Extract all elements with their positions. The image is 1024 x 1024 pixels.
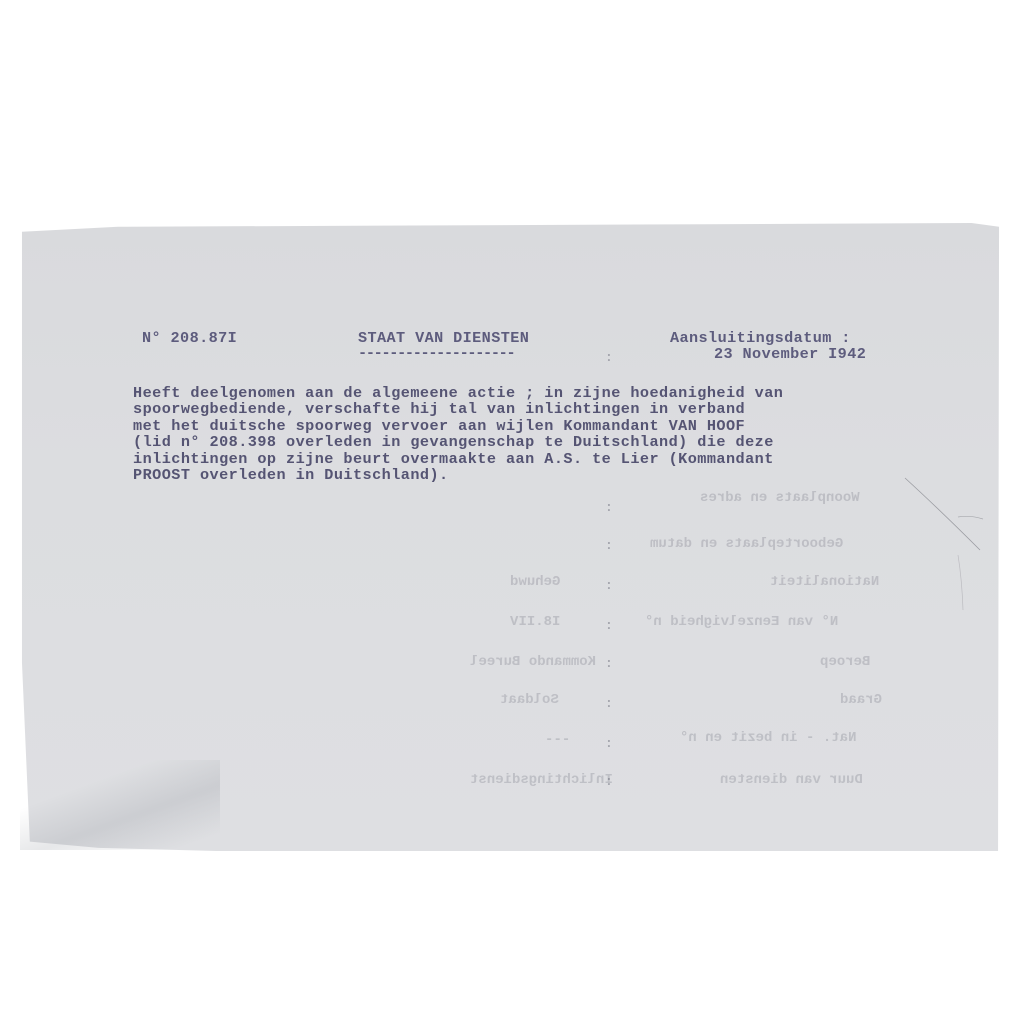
colon-mark: : (605, 618, 613, 633)
colon-mark: : (605, 350, 613, 365)
document-number: N° 208.87I (142, 329, 237, 347)
show-through-value: Gehuwd (510, 574, 560, 590)
colon-mark: : (605, 538, 613, 553)
body-line: spoorwegbediende, verschafte hij tal van… (133, 401, 783, 417)
show-through-value: --- (545, 732, 570, 748)
show-through-label: Beroep (820, 654, 870, 670)
show-through-label: Nationaliteit (770, 574, 879, 590)
show-through-label: Nat. - in bezit en n° (680, 730, 856, 746)
body-line: inlichtingen op zijne beurt overmaakte a… (133, 451, 783, 467)
document-paper (20, 223, 1001, 851)
show-through-label: Geboorteplaats en datum (650, 536, 843, 552)
body-line: PROOST overleden in Duitschland). (133, 467, 783, 483)
show-through-value: Inlichtingsdienst (470, 772, 613, 788)
show-through-label: Woonplaats en adres (700, 490, 860, 506)
show-through-value: Soldaat (500, 692, 559, 708)
show-through-label: Duur van diensten (720, 772, 863, 788)
colon-mark: : (605, 774, 613, 789)
colon-mark: : (605, 656, 613, 671)
show-through-value: Kommando Bureel (470, 654, 596, 670)
colon-mark: : (605, 736, 613, 751)
show-through-label: N° van Eenzelvigheid n° (645, 614, 838, 630)
joining-date: 23 November I942 (714, 345, 866, 363)
colon-mark: : (605, 500, 613, 515)
title-underline: -------------------- (358, 344, 514, 362)
body-line: met het duitsche spoorweg vervoer aan wi… (133, 418, 783, 434)
colon-mark: : (605, 578, 613, 593)
body-line: (lid n° 208.398 overleden in gevangensch… (133, 434, 783, 450)
body-line: Heeft deelgenomen aan de algemeene actie… (133, 385, 783, 401)
show-through-value: I8.IIV (510, 614, 560, 630)
colon-mark: : (605, 696, 613, 711)
show-through-label: Graad (840, 692, 882, 708)
service-record-text: Heeft deelgenomen aan de algemeene actie… (133, 385, 783, 483)
